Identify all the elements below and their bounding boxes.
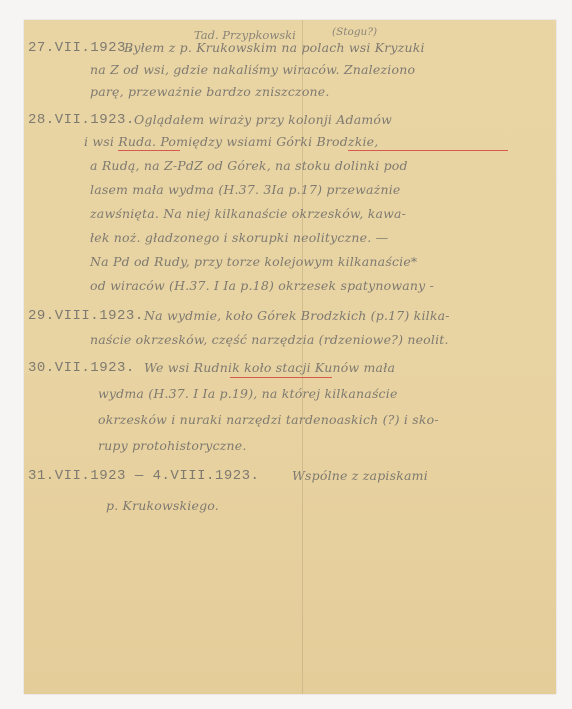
entry-line: Byłem z p. Krukowskim na polach wsi Kryz… <box>124 40 425 55</box>
entry-line: naście okrzesków, część narzędzia (rdzen… <box>90 332 449 347</box>
red-underline-gorki-brodzkie <box>348 150 508 151</box>
entry-line: okrzesków i nuraki narzędzi tardenoaskic… <box>98 412 439 427</box>
notebook-page: Tad. Przypkowski (Stogu?) 27.VII.1923. B… <box>24 20 556 694</box>
entry-line: lasem mała wydma (H.37. 3Ia p.17) przewa… <box>90 182 401 197</box>
entry-date: 31.VII.1923 — 4.VIII.1923. <box>28 468 259 484</box>
entry-date: 30.VII.1923. <box>28 360 135 376</box>
author-note: (Stogu?) <box>332 26 377 38</box>
entry-line: Wspólne z zapiskami <box>292 468 428 483</box>
entry-line: na Z od wsi, gdzie nakaliśmy wiraców. Zn… <box>90 62 415 77</box>
entry-date: 27.VII.1923. <box>28 40 135 56</box>
entry-line: od wiraców (H.37. I Ia p.18) okrzesek sp… <box>90 278 434 293</box>
entry-line: a Rudą, na Z-PdZ od Górek, na stoku doli… <box>90 158 408 173</box>
entry-date: 29.VIII.1923. <box>28 308 144 324</box>
entry-line: We wsi Rudnik koło stacji Kunów mała <box>144 360 395 375</box>
red-underline-ruda <box>118 150 180 151</box>
entry-line: Na wydmie, koło Górek Brodzkich (p.17) k… <box>144 308 450 323</box>
red-underline-rudnik <box>230 377 332 378</box>
entry-line: i wsi Ruda. Pomiędzy wsiami Górki Brodzk… <box>84 134 378 149</box>
entry-line: łek noż. gładzonego i skorupki neolitycz… <box>90 230 388 245</box>
entry-line: p. Krukowskiego. <box>106 498 219 513</box>
entry-line: Na Pd od Rudy, przy torze kolejowym kilk… <box>90 254 417 269</box>
entry-line: zawśnięta. Na niej kilkanaście okrzesków… <box>90 206 406 221</box>
entry-line: rupy protohistoryczne. <box>98 438 247 453</box>
entry-date: 28.VII.1923. <box>28 112 135 128</box>
entry-line: Oglądałem wiraży przy kolonji Adamów <box>134 112 392 127</box>
entry-line: parę, przeważnie bardzo zniszczone. <box>90 84 330 99</box>
entry-line: wydma (H.37. I Ia p.19), na której kilka… <box>98 386 398 401</box>
